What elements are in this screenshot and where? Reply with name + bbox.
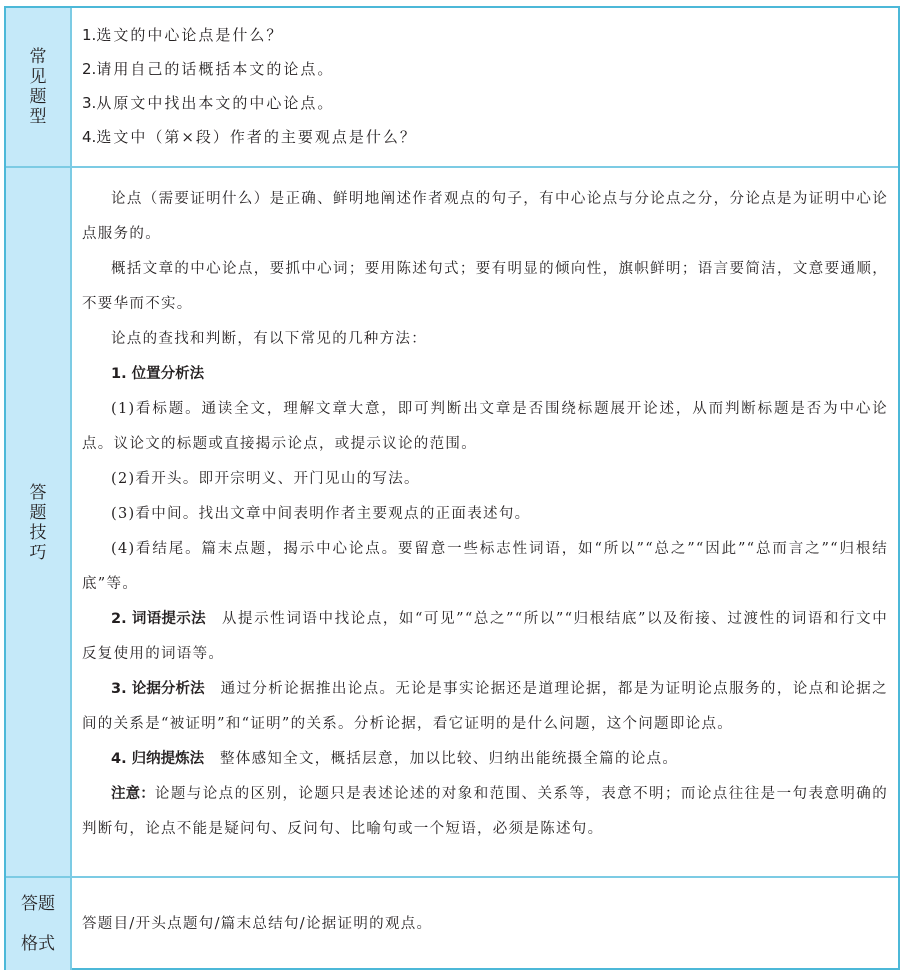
- techniques-content: 论点（需要证明什么）是正确、鲜明地阐述作者观点的句子，有中心论点与分论点之分，分…: [72, 168, 898, 878]
- paragraph: 论点（需要证明什么）是正确、鲜明地阐述作者观点的句子，有中心论点与分论点之分，分…: [82, 182, 888, 252]
- question-item: 1.选文的中心论点是什么？: [82, 18, 888, 52]
- method-item: (2)看开头。即开宗明义、开门见山的写法。: [82, 462, 888, 497]
- method-paragraph: 3. 论据分析法 通过分析论据推出论点。无论是事实论据还是道理论据，都是为证明论…: [82, 672, 888, 742]
- note-paragraph: 注意：论题与论点的区别，论题只是表述论述的对象和范围、关系等，表意不明；而论点往…: [82, 777, 888, 847]
- method-item: (1)看标题。通读全文，理解文章大意，即可判断出文章是否围绕标题展开论述，从而判…: [82, 392, 888, 462]
- method-paragraph: 2. 词语提示法 从提示性词语中找论点，如“可见”“总之”“所以”“归根结底”以…: [82, 602, 888, 672]
- row-header-answer-format: 答题格式: [6, 878, 72, 970]
- row-header-answer-techniques: 答题技巧: [6, 168, 72, 878]
- row-answer-techniques: 答题技巧 论点（需要证明什么）是正确、鲜明地阐述作者观点的句子，有中心论点与分论…: [6, 166, 898, 878]
- question-item: 3.从原文中找出本文的中心论点。: [82, 86, 888, 120]
- paragraph: 论点的查找和判断，有以下常见的几种方法：: [82, 322, 888, 357]
- answer-guide-table: 常见题型 1.选文的中心论点是什么？ 2.请用自己的话概括本文的论点。 3.从原…: [4, 6, 900, 970]
- row-answer-format: 答题格式 答题目/开头点题句/篇末总结句/论据证明的观点。: [6, 876, 898, 970]
- question-list: 1.选文的中心论点是什么？ 2.请用自己的话概括本文的论点。 3.从原文中找出本…: [72, 8, 898, 166]
- method-item: (4)看结尾。篇末点题，揭示中心论点。要留意一些标志性词语，如“所以”“总之”“…: [82, 532, 888, 602]
- method-item: (3)看中间。找出文章中间表明作者主要观点的正面表述句。: [82, 497, 888, 532]
- method-title: 1. 位置分析法: [82, 357, 888, 392]
- question-item: 4.选文中（第×段）作者的主要观点是什么？: [82, 120, 888, 154]
- question-item: 2.请用自己的话概括本文的论点。: [82, 52, 888, 86]
- row-header-question-types: 常见题型: [6, 8, 72, 166]
- row-question-types: 常见题型 1.选文的中心论点是什么？ 2.请用自己的话概括本文的论点。 3.从原…: [6, 8, 898, 166]
- paragraph: 概括文章的中心论点，要抓中心词；要用陈述句式；要有明显的倾向性，旗帜鲜明；语言要…: [82, 252, 888, 322]
- format-text: 答题目/开头点题句/篇末总结句/论据证明的观点。: [82, 907, 432, 942]
- format-content: 答题目/开头点题句/篇末总结句/论据证明的观点。: [72, 878, 898, 970]
- method-paragraph: 4. 归纳提炼法 整体感知全文，概括层意，加以比较、归纳出能统摄全篇的论点。: [82, 742, 888, 777]
